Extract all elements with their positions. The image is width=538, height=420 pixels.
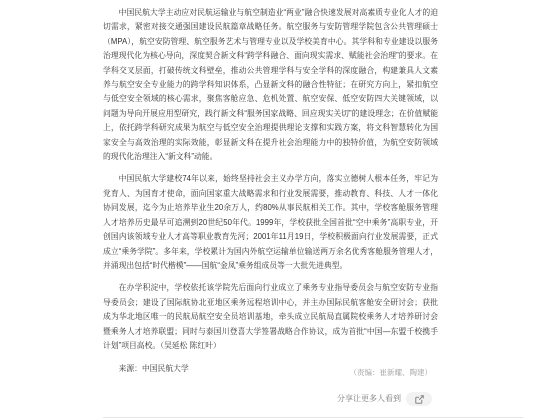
article-paragraph: 中国民航大学建校74年以来，始终坚持社会主义办学方向，落实立德树人根本任务，牢记… bbox=[103, 172, 438, 273]
article-body: 中国民航大学主动应对民航运输业与航空制造业“两业”融合快速发展对高素质专业化人才… bbox=[103, 6, 438, 385]
share-button[interactable] bbox=[406, 392, 432, 406]
share-icon bbox=[415, 395, 424, 404]
editor-byline: （责编：崔新耀、陶建） bbox=[350, 368, 433, 378]
bottom-divider bbox=[103, 417, 523, 418]
share-label: 分享让更多人看到 bbox=[337, 392, 401, 406]
share-row: 分享让更多人看到 bbox=[337, 392, 432, 406]
article-page: 中国民航大学主动应对民航运输业与航空制造业“两业”融合快速发展对高素质专业化人才… bbox=[0, 0, 538, 420]
article-paragraph: 在办学积淀中，学校依托该学院先后面向行业成立了乘务专业指导委员会与航空安防专业指… bbox=[103, 281, 438, 353]
article-paragraph: 中国民航大学主动应对民航运输业与航空制造业“两业”融合快速发展对高素质专业化人才… bbox=[103, 6, 438, 164]
